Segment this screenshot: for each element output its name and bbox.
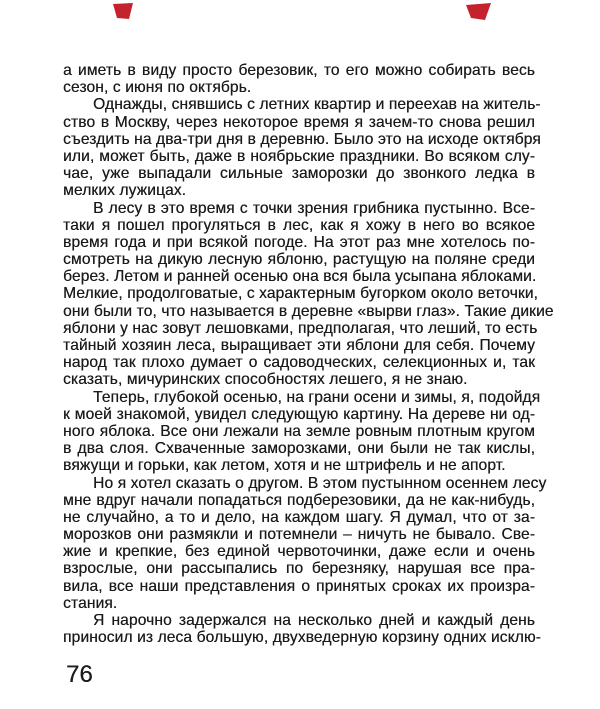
text-line: В лесу в это время с точки зрения грибни… xyxy=(63,200,535,217)
text-line: а иметь в виду просто березовик, то его … xyxy=(63,62,535,79)
text-line: Однажды, снявшись с летних квартир и пер… xyxy=(63,96,535,113)
red-cover-corner-right-shape xyxy=(466,3,491,20)
text-line: они были то, что называется в деревне «в… xyxy=(63,303,535,320)
text-line: морозков они размякли и потемнели – ничу… xyxy=(63,526,535,543)
text-line: мелких лужицах. xyxy=(63,182,535,199)
body-text-block: а иметь в виду просто березовик, то его … xyxy=(63,62,535,646)
text-line: Но я хотел сказать о другом. В этом пуст… xyxy=(63,475,535,492)
text-line: приносил из леса большую, двухведерную к… xyxy=(63,629,535,646)
text-line: таки я пошел прогуляться в лес, как я хо… xyxy=(63,217,535,234)
text-line: в два слоя. Схваченные заморозками, они … xyxy=(63,440,535,457)
text-line: к моей знакомой, увидел следующую картин… xyxy=(63,406,535,423)
text-line: жие и крепкие, без единой червоточинки, … xyxy=(63,543,535,560)
text-line: вила, все наши представления о принятых … xyxy=(63,578,535,595)
text-line: смотреть на дикую лесную яблоню, растущу… xyxy=(63,251,535,268)
text-line: не случайно, а то и дело, на каждом шагу… xyxy=(63,509,535,526)
text-line: Теперь, глубокой осенью, на грани осени … xyxy=(63,389,535,406)
text-line: сказать, мичуринских способностях лешего… xyxy=(63,371,535,388)
text-line: ного яблока. Все они лежали на земле ров… xyxy=(63,423,535,440)
red-cover-corner-left-shape xyxy=(113,3,133,19)
text-line: Мелкие, продолговатые, с характерным буг… xyxy=(63,285,535,302)
text-line: съездить на два-три дня в деревню. Было … xyxy=(63,131,535,148)
text-line: мне вдруг начали попадаться подберезовик… xyxy=(63,492,535,509)
text-line: Я нарочно задержался на несколько дней и… xyxy=(63,612,535,629)
text-line: или, может быть, даже в ноябрьские празд… xyxy=(63,148,535,165)
text-line: чае, уже выпадали сильные заморозки до з… xyxy=(63,165,535,182)
text-line: народ так плохо думает о садоводческих, … xyxy=(63,354,535,371)
text-line: взрослые, они рассыпались по березняку, … xyxy=(63,560,535,577)
text-line: берез. Летом и ранней осенью она вся был… xyxy=(63,268,535,285)
text-line: сезон, с июня по октябрь. xyxy=(63,79,535,96)
book-page-scan: а иметь в виду просто березовик, то его … xyxy=(0,0,600,709)
text-line: вяжущи и горьки, как летом, хотя и не шт… xyxy=(63,457,535,474)
text-line: тайный хозяин леса, выращивает эти яблон… xyxy=(63,337,535,354)
text-line: яблони у нас зовут лешовками, предполага… xyxy=(63,320,535,337)
text-line: ство в Москву, через некоторое время я з… xyxy=(63,114,535,131)
text-line: время года и при всякой погоде. На этот … xyxy=(63,234,535,251)
text-line: стания. xyxy=(63,595,535,612)
page-number: 76 xyxy=(66,663,93,687)
red-cover-corner-right-icon xyxy=(462,3,492,21)
red-cover-corner-left-icon xyxy=(110,3,136,21)
